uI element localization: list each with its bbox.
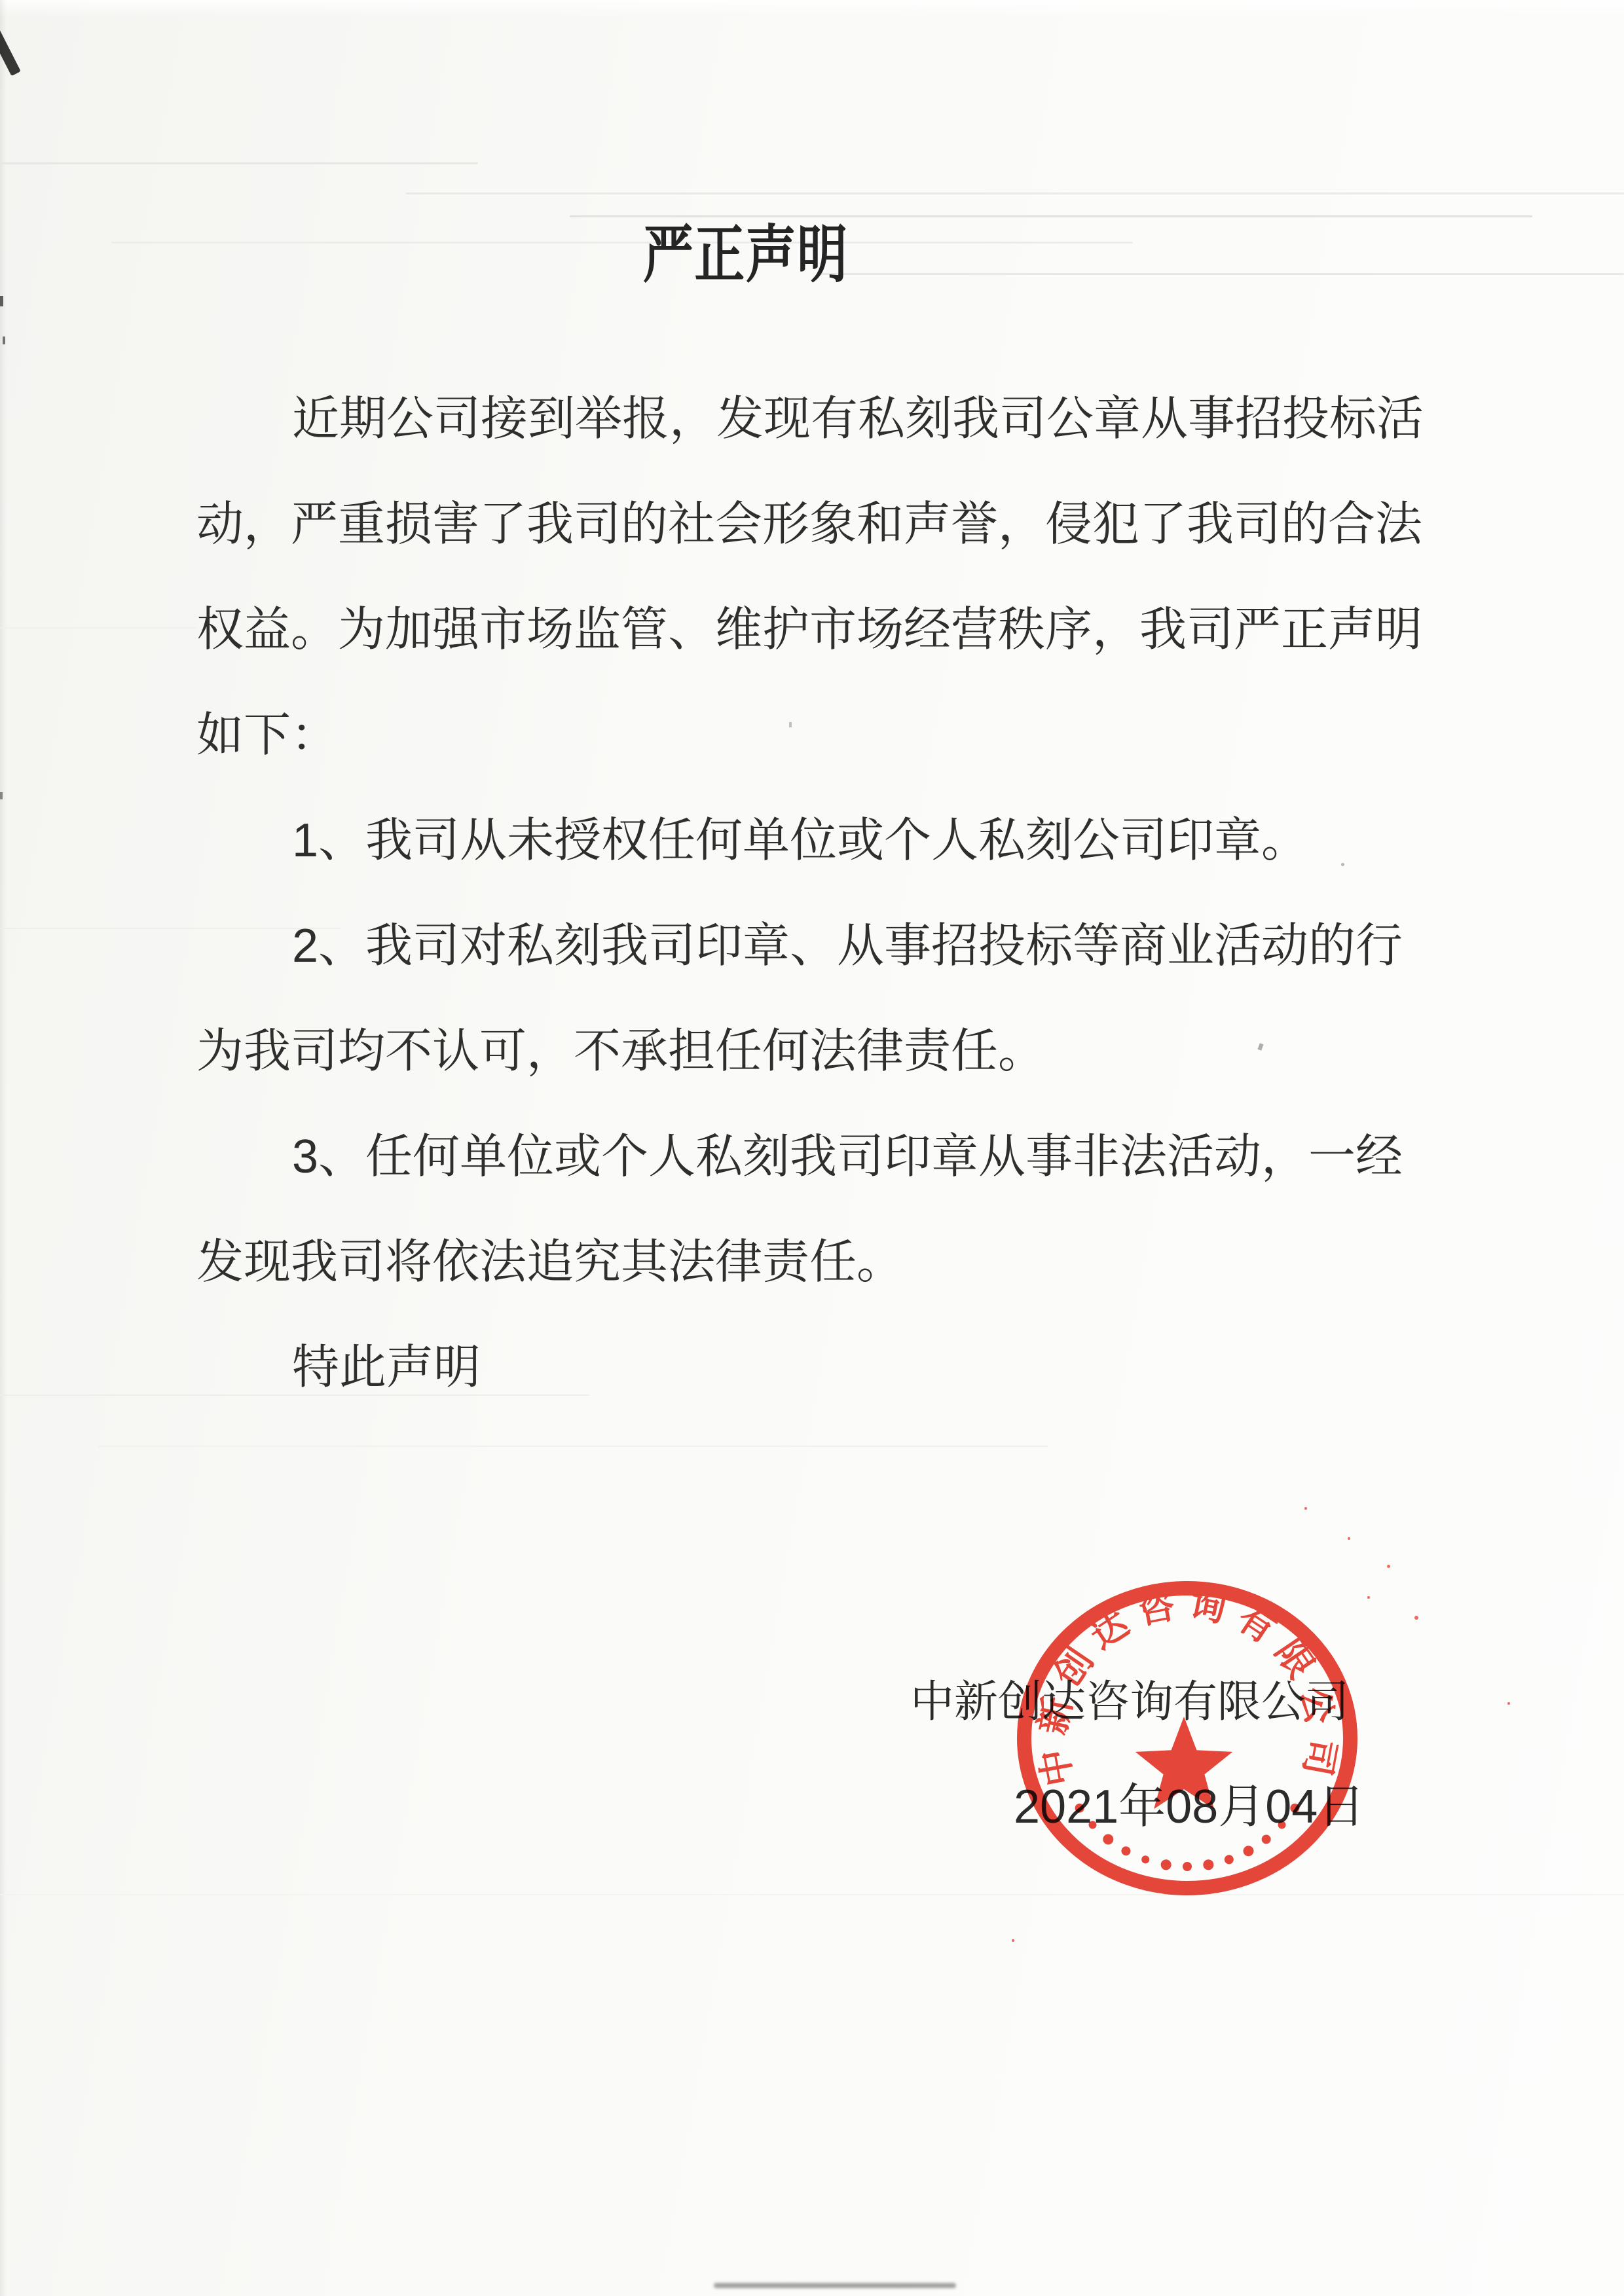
- body-line: 发现我司将依法追究其法律责任。: [196, 1210, 1408, 1315]
- document-body: 近期公司接到举报，发现有私刻我司公章从事招投标活 动，严重损害了我司的社会形象和…: [196, 367, 1408, 1421]
- body-line: 3、任何单位或个人私刻我司印章从事非法活动，一经: [196, 1104, 1408, 1210]
- scan-artifact-line: [111, 242, 1133, 244]
- body-line: 为我司均不认可，不承担任何法律责任。: [196, 999, 1408, 1104]
- scan-artifact-line: [0, 162, 478, 164]
- seal-ink-speck: [1414, 1616, 1418, 1620]
- seal-ink-speck: [1348, 1537, 1350, 1540]
- seal-ink-speck: [1304, 1507, 1307, 1510]
- body-line: 1、我司从未授权任何单位或个人私刻公司印章。: [196, 788, 1408, 894]
- body-line: 如下：: [196, 683, 1408, 788]
- scan-artifact-line: [0, 627, 196, 629]
- scan-artifact-line: [570, 215, 1532, 217]
- body-line: 权益。为加强市场监管、维护市场经营秩序，我司严正声明: [196, 577, 1408, 683]
- scan-artifact-line: [819, 273, 1624, 275]
- scan-top-shade: [0, 0, 1624, 17]
- scan-left-edge-shade: [0, 0, 7, 2296]
- scan-edge-mark: [0, 296, 3, 306]
- seal-serial-dots: [1073, 1802, 1301, 1871]
- document-title: 严正声明: [643, 224, 849, 287]
- scanned-document-page: { "document": { "title": "严正声明", "body_l…: [0, 0, 1624, 2296]
- scan-artifact-line: [98, 1446, 1048, 1447]
- seal-ink-speck: [1012, 1939, 1014, 1942]
- body-line: 动，严重损害了我司的社会形象和声誉，侵犯了我司的合法: [196, 472, 1408, 577]
- body-line: 近期公司接到举报，发现有私刻我司公章从事招投标活: [196, 367, 1408, 472]
- scan-edge-mark: [0, 792, 3, 799]
- body-line: 特此声明: [196, 1315, 1408, 1421]
- seal-ink-speck: [1387, 1565, 1390, 1568]
- scan-edge-mark: [3, 337, 5, 344]
- body-line: 2、我司对私刻我司印章、从事招投标等商业活动的行: [196, 894, 1408, 999]
- company-seal: 中新创达咨询有限公司: [991, 1542, 1384, 1935]
- scan-artifact-line: [406, 192, 1624, 194]
- seal-star-icon: [1135, 1717, 1232, 1809]
- scan-bottom-smudge: [714, 2283, 956, 2288]
- seal-ink-speck: [1507, 1702, 1510, 1705]
